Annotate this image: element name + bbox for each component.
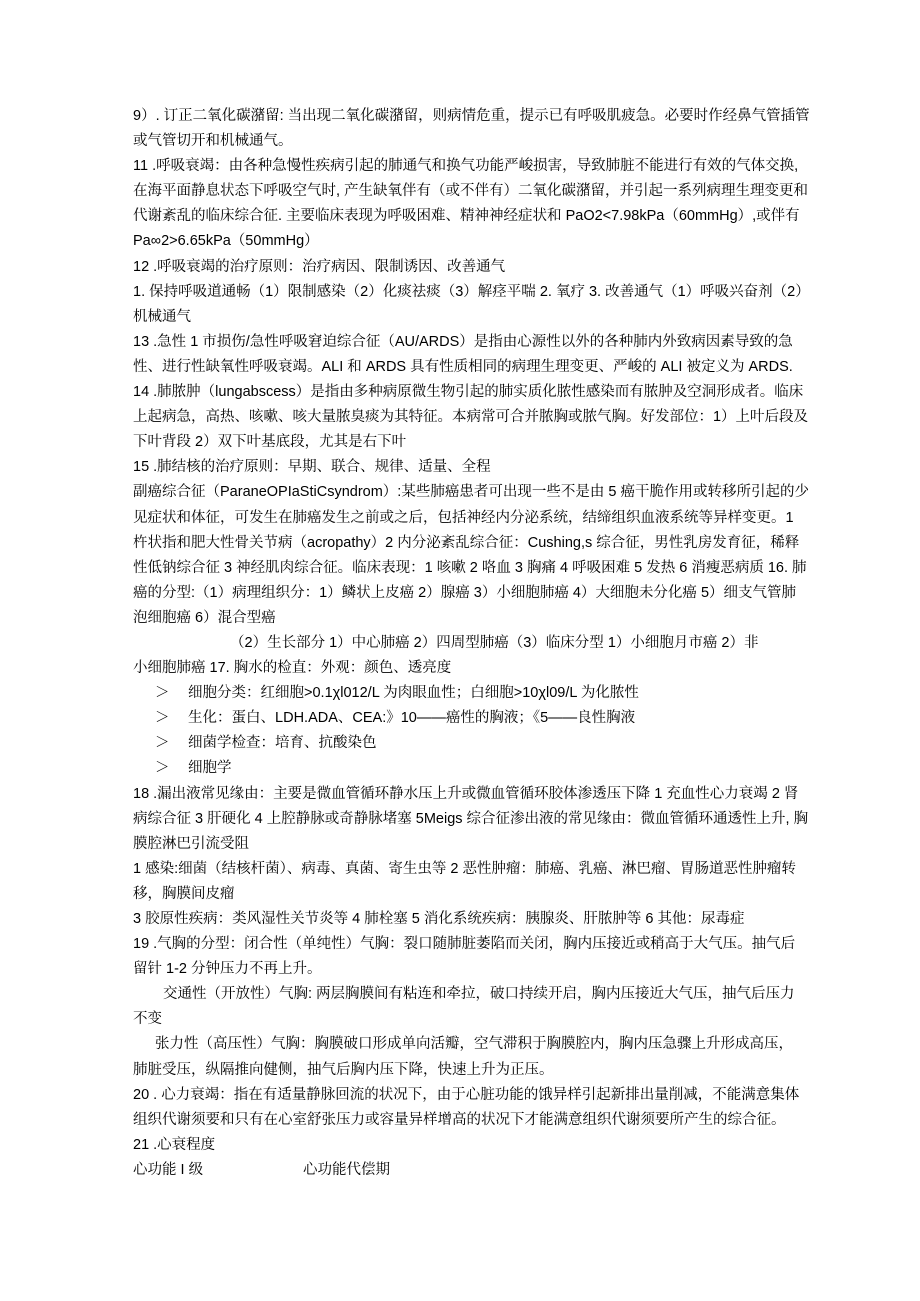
text-line: 不变: [133, 1007, 803, 1032]
text-line: 小细胞肺癌 17. 胸水的检直：外观：颜色、透亮度: [133, 656, 803, 681]
text-line: 1. 保持呼吸道通畅（1）限制感染（2）化痰祛痰（3）解痉平喘 2. 氧疗 3.…: [133, 280, 803, 305]
text-line: 13 .急性 1 市损伤/急性呼吸窘迫综合征（AU/ARDS）是指由心源性以外的…: [133, 330, 803, 355]
text-line: ＞ 细菌学检查：培育、抗酸染色: [133, 731, 803, 756]
text-line: 机械通气: [133, 305, 803, 330]
text-line: （2）生长部分 1）中心肺癌 2）四周型肺癌（3）临床分型 1）小细胞月市癌 2…: [133, 631, 803, 656]
text-line: ＞ 细胞学: [133, 756, 803, 781]
column-1-text: 心功能 I 级: [133, 1162, 203, 1178]
text-line: 在海平面静息状态下呼吸空气时, 产生缺氧伴有（或不伴有）二氧化碳潴留，并引起一系…: [133, 179, 803, 204]
text-line: 19 .气胸的分型：闭合性（单纯性）气胸：裂口随肺脏萎陷而关闭，胸内压接近或稍高…: [133, 932, 803, 957]
text-line: 20 . 心力衰竭：指在有适量静脉回流的状况下，由于心脏功能的饿异样引起新排出量…: [133, 1083, 803, 1108]
text-line: ＞ 细胞分类：红细胞>0.1χl012/L 为肉眼血性；白细胞>10χl09/L…: [133, 681, 803, 706]
text-line: 肺脏受压，纵隔推向健侧，抽气后胸内压下降，快速上升为正压。: [133, 1058, 803, 1083]
text-line: 性、进行性缺氧性呼吸衰竭。ALI 和 ARDS 具有性质相同的病理生理变更、严峻…: [133, 355, 803, 380]
text-line: 上起病急，高热、咳嗽、咳大量脓臭痰为其特征。本病常可合并脓胸或脓气胸。好发部位：…: [133, 405, 803, 430]
text-line: 12 .呼吸衰竭的治疗原则：治疗病因、限制诱因、改善通气: [133, 255, 803, 280]
text-line: 3 胶原性疾病：类风湿性关节炎等 4 肺栓塞 5 消化系统疾病：胰腺炎、肝脓肿等…: [133, 907, 803, 932]
text-line: 留针 1-2 分钟压力不再上升。: [133, 957, 803, 982]
text-line: 见症状和体征，可发生在肺癌发生之前或之后，包括神经内分泌系统，结缔组织血液系统等…: [133, 506, 803, 531]
document-page: 9）. 订正二氧化碳潴留: 当出现二氧化碳潴留，则病情危重，提示已有呼吸肌疲急。…: [0, 0, 920, 1301]
text-line: 9）. 订正二氧化碳潴留: 当出现二氧化碳潴留，则病情危重，提示已有呼吸肌疲急。…: [133, 104, 803, 129]
text-line: 病综合征 3 肝硬化 4 上腔静脉或奇静脉堵塞 5Meigs 综合征渗出液的常见…: [133, 807, 803, 832]
text-line: ＞ 生化：蛋白、LDH.ADA、CEA:》10——癌性的胸液；《5——良性胸液: [133, 706, 803, 731]
text-line: 11 .呼吸衰竭：由各种急慢性疾病引起的肺通气和换气功能严峻损害，导致肺脏不能进…: [133, 154, 803, 179]
text-line: Pa∞2>6.65kPa（50mmHg）: [133, 229, 803, 254]
text-line: 张力性（高压性）气胸：胸膜破口形成单向活瓣，空气滞积于胸膜腔内，胸内压急骤上升形…: [133, 1032, 803, 1057]
text-line: 组织代谢须要和只有在心室舒张压力或容量异样增高的状况下才能满意组织代谢须要所产生…: [133, 1108, 803, 1133]
text-line: 或气管切开和机械通气。: [133, 129, 803, 154]
text-line: 15 .肺结核的治疗原则：早期、联合、规律、适量、全程: [133, 455, 803, 480]
text-line: 杵状指和肥大性骨关节病（acropathy）2 内分泌紊乱综合征：Cushing…: [133, 531, 803, 556]
text-line: 膜腔淋巴引流受阻: [133, 832, 803, 857]
text-line: 21 .心衰程度: [133, 1133, 803, 1158]
text-line: 移，胸膜间皮瘤: [133, 882, 803, 907]
text-line: 18 .漏出液常见缘由：主要是微血管循环静水压上升或微血管循环胶体渗透压下降 1…: [133, 782, 803, 807]
text-line: 代谢紊乱的临床综合征. 主要临床表现为呼吸困难、精神神经症状和 PaO2<7.9…: [133, 204, 803, 229]
text-line: 下叶背段 2）双下叶基底段，尤其是右下叶: [133, 430, 803, 455]
text-line: 癌的分型:（1）病理组织分：1）鳞状上皮癌 2）腺癌 3）小细胞肺癌 4）大细胞…: [133, 581, 803, 606]
text-line: 14 .肺脓肿（lungabscess）是指由多种病原微生物引起的肺实质化脓性感…: [133, 380, 803, 405]
text-line: 心功能 I 级心功能代偿期: [133, 1158, 803, 1183]
text-line: 1 感染:细菌（结核杆菌）、病毒、真菌、寄生虫等 2 恶性肿瘤：肺癌、乳癌、淋巴…: [133, 857, 803, 882]
text-line: 性低钠综合征 3 神经肌肉综合征。临床表现：1 咳嗽 2 咯血 3 胸痛 4 呼…: [133, 556, 803, 581]
text-line: 泡细胞癌 6）混合型癌: [133, 606, 803, 631]
text-line: 副癌综合征（ParaneOPIaStiCsyndrom）:某些肺癌患者可出现一些…: [133, 480, 803, 505]
column-2-text: 心功能代偿期: [303, 1158, 390, 1183]
text-line: 交通性（开放性）气胸: 两层胸膜间有粘连和牵拉，破口持续开启，胸内压接近大气压，…: [133, 982, 803, 1007]
document-text-body: 9）. 订正二氧化碳潴留: 当出现二氧化碳潴留，则病情危重，提示已有呼吸肌疲急。…: [133, 104, 803, 1183]
